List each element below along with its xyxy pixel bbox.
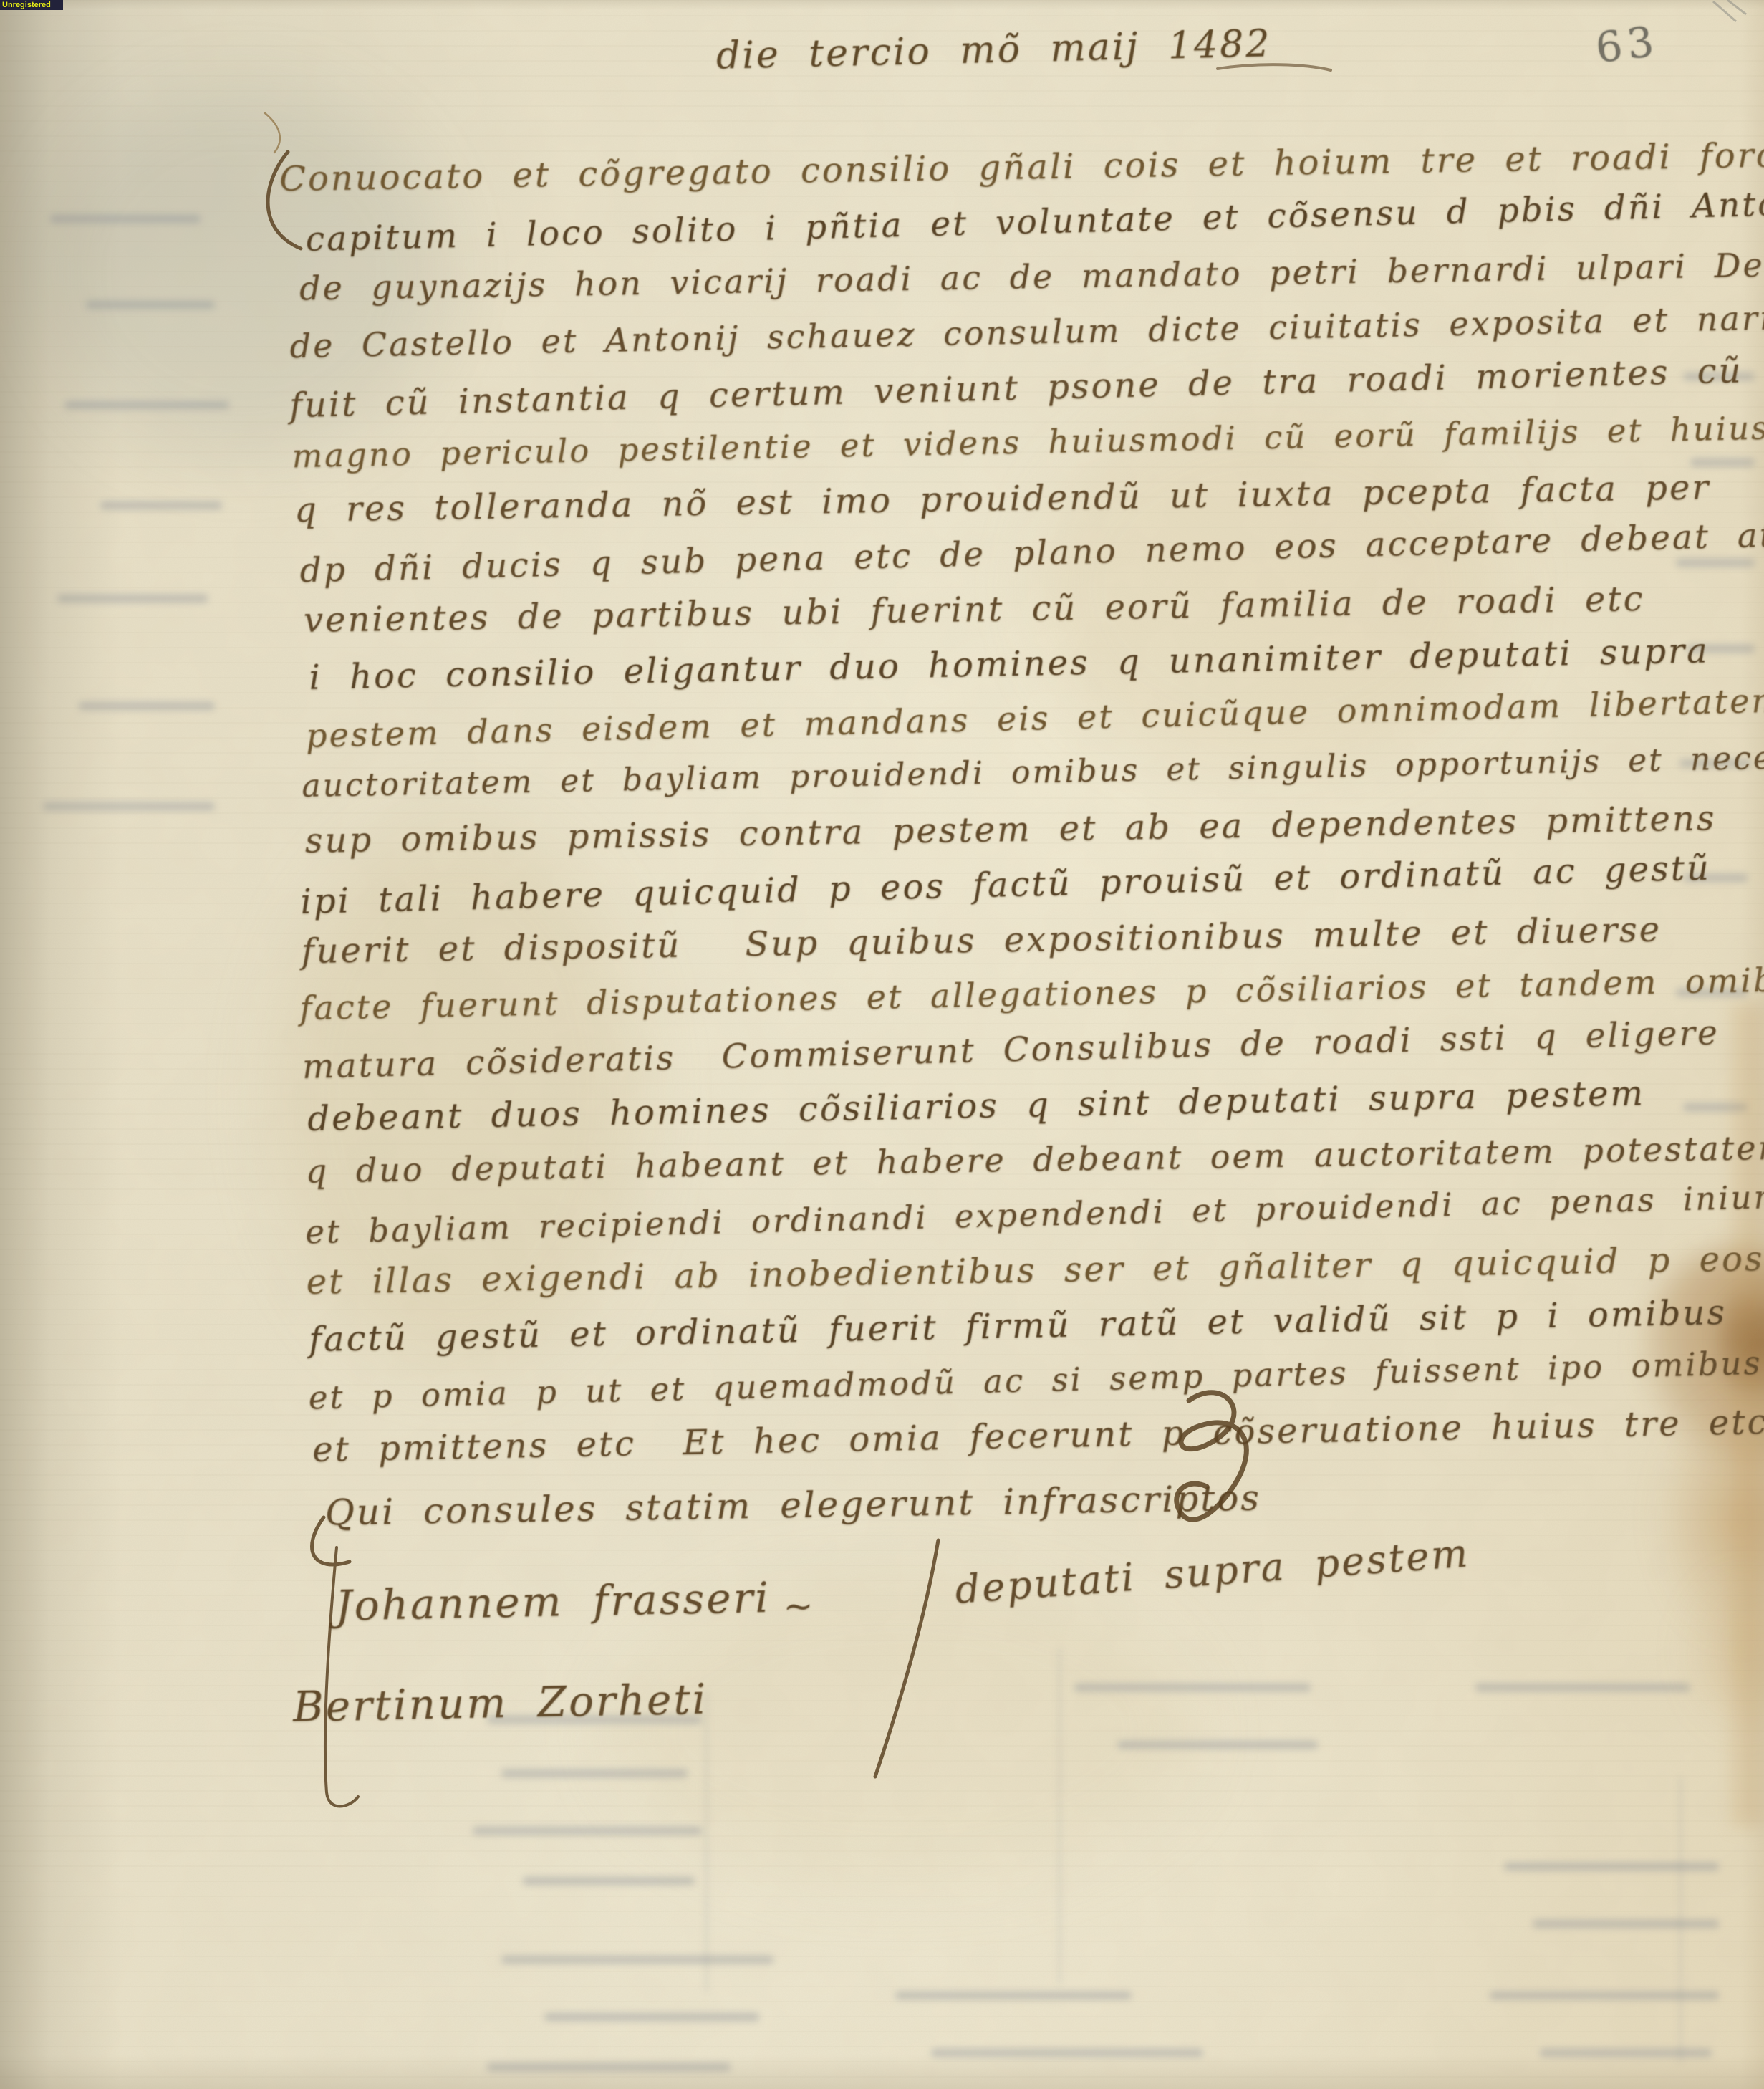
manuscript-text-block: Qui consules statim elegerunt infrascrip… xyxy=(0,0,1764,2089)
manuscript-line: venientes de partibus ubi fuerint cũ eor… xyxy=(304,579,1645,640)
manuscript-line: q duo deputati habeant et habere debeant… xyxy=(305,1128,1764,1191)
deputies-role-label: deputati supra pestem xyxy=(953,1530,1471,1612)
manuscript-line: et illas exigendi ab inobedientibus ser … xyxy=(306,1239,1764,1302)
manuscript-line: debeant duos homines cõsiliarios q sint … xyxy=(307,1073,1646,1139)
manuscript-line: et pmittens etc Et hec omia fecerunt p c… xyxy=(312,1402,1764,1470)
manuscript-scan: die tercio mõ maij 1482 63 Qui consules … xyxy=(0,0,1764,2089)
signature-deputy-2: Bertinum Zorheti xyxy=(292,1674,708,1731)
manuscript-line: q res tolleranda nõ est imo prouidendũ u… xyxy=(294,467,1711,530)
signature-deputy-1: Johannem frasseri xyxy=(335,1573,771,1631)
manuscript-line: Qui consules statim elegerunt infrascrip… xyxy=(324,1477,1261,1534)
signature-connector-mark: ~ xyxy=(783,1585,816,1628)
scanner-watermark-label: Unregistered xyxy=(0,0,63,10)
manuscript-line: fuerit et dispositũ Sup quibus expositio… xyxy=(301,910,1662,971)
manuscript-line: sup omibus pmissis contra pestem et ab e… xyxy=(304,798,1716,861)
manuscript-line: ipi tali habere quicquid p eos factũ pro… xyxy=(300,848,1712,922)
scanner-watermark: Unregistered xyxy=(0,0,63,10)
